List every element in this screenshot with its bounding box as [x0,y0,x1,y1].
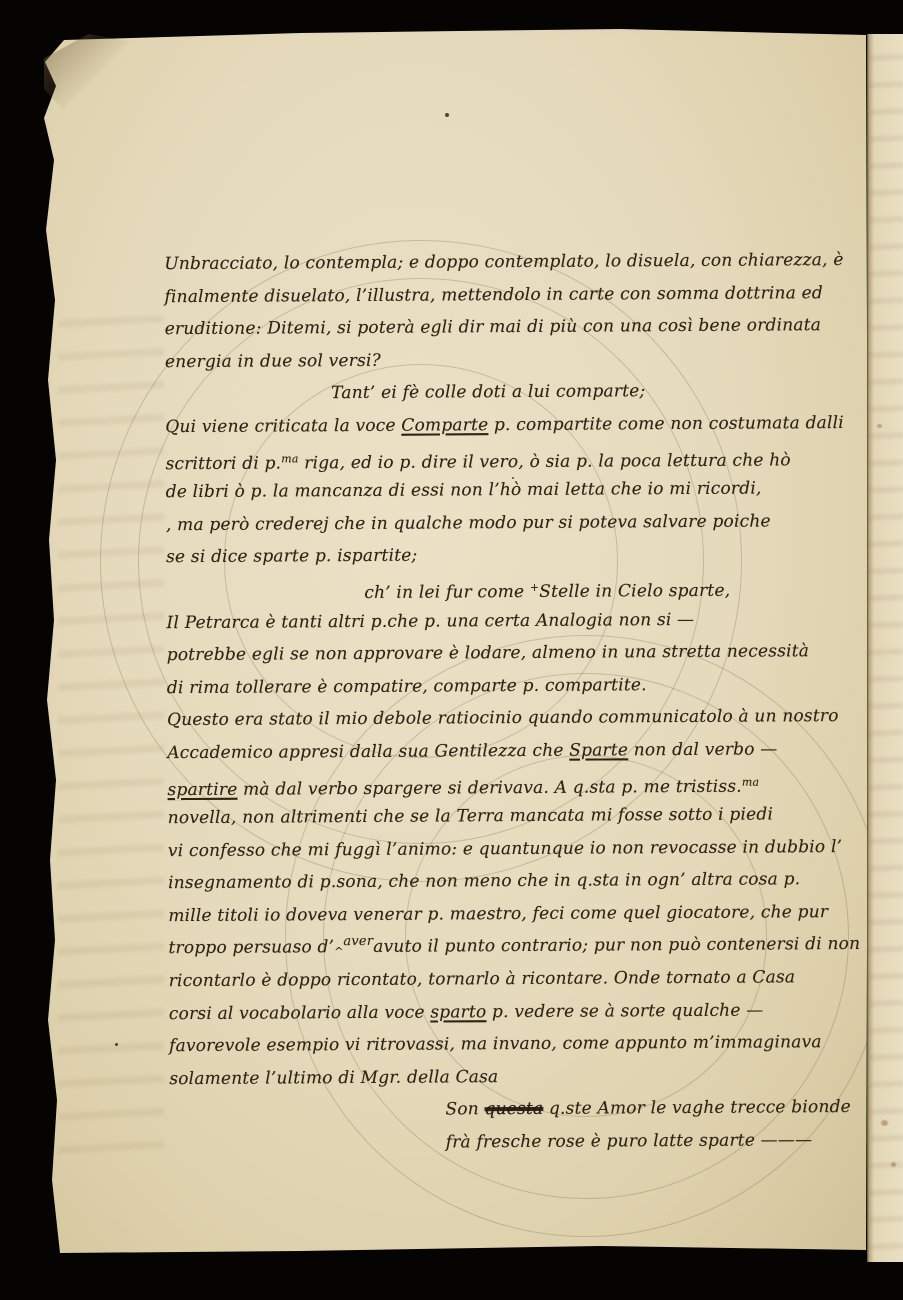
ink-speck [115,1043,118,1046]
ink-speck [445,113,449,117]
text-segment: finalmente disuelato, l’illustra, metten… [164,283,823,307]
fox-spot [891,1162,896,1167]
manuscript-line: Il Petrarca è tanti altri p.che p. una c… [166,602,866,639]
superscript-abbreviation: ma [742,775,759,788]
text-segment: troppo persuaso d’ [168,938,334,959]
text-segment: p. vedere se à sorte qualche — [486,1000,763,1022]
text-segment: riga, ed io p. dire il vero, ò sia p. la… [299,450,791,473]
manuscript-line: favorevole esempio vi ritrovassi, ma inv… [169,1026,869,1063]
manuscript-line: insegnamento di p.sona, che non meno che… [168,863,868,900]
manuscript-line: Accademico appresi dalla sua Gentilezza … [167,733,867,770]
text-segment: ricontarlo è doppo ricontato, tornarlo à… [169,967,796,991]
text-segment: mille titoli io doveva venerar p. maestr… [168,902,828,926]
manuscript-line: spartire mà dal verbo spargere si deriva… [167,765,867,802]
text-segment: Son [445,1100,484,1120]
fox-spot [877,424,882,428]
text-segment: potrebbe egli se non approvare è lodare,… [167,641,810,665]
text-segment: corsi al vocabolario alla voce [169,1002,431,1024]
struck-word: questa [484,1099,543,1119]
text-segment: Questo era stato il mio debole ratiocini… [167,706,839,730]
text-segment: eruditione: Ditemi, si poterà egli dir m… [165,315,822,339]
manuscript-line: novella, non altrimenti che se la Terra … [168,798,868,835]
text-segment: Unbracciato, lo contempla; e doppo conte… [164,250,843,274]
text-segment: mà dal verbo spargere si derivava. A q.s… [237,776,741,799]
fox-spot [881,1120,888,1126]
underlined-word: spartire [167,779,237,799]
manuscript-line: troppo persuaso d’^averavuto il punto co… [168,928,868,965]
next-folio-bleedthrough [867,34,903,1262]
text-segment: di rima tollerare è compatire, comparte … [167,675,647,698]
manuscript-line: , ma però crederej che in qualche modo p… [166,505,866,542]
manuscript-line: frà fresche rose è puro latte sparte ——— [446,1124,870,1159]
manuscript-line: ricontarlo è doppo ricontato, tornarlo à… [169,961,869,998]
manuscript-line: Tant’ ei fè colle doti a lui comparte; [331,374,865,410]
text-segment: novella, non altrimenti che se la Terra … [168,805,773,829]
text-segment: Tant’ ei fè colle doti a lui comparte; [331,382,645,404]
ink-speck [512,477,514,479]
text-segment: frà fresche rose è puro latte sparte ——— [446,1130,813,1152]
next-folio-edge [867,34,903,1262]
text-segment: q.ste Amor le vaghe trecce bionde [543,1097,851,1119]
text-segment: Il Petrarca è tanti altri p.che p. una c… [166,609,694,632]
manuscript-line: se si dice sparte p. ispartite; [166,537,866,574]
text-segment: Qui viene criticata la voce [165,416,401,437]
insertion-caret-icon: ^ [334,946,343,959]
underlined-word: Comparte [401,415,488,436]
text-segment: p. compartite come non costumata dalli [488,413,844,435]
text-segment: non dal verbo — [628,739,777,760]
manuscript-line: di rima tollerare è compatire, comparte … [167,668,867,705]
underlined-word: sparto [430,1002,486,1022]
manuscript-line: ch’ in lei fur come +Stelle in Cielo spa… [364,570,866,606]
underlined-word: Sparte [569,740,628,760]
manuscript-line: de libri ò p. la mancanza di essi non l’… [166,472,866,509]
manuscript-line: mille titoli io doveva venerar p. maestr… [168,896,868,933]
superscript-abbreviation: ma [281,452,298,465]
manuscript-photo: Unbracciato, lo contempla; e doppo conte… [0,0,903,1300]
manuscript-line: scrittori di p.ma riga, ed io p. dire il… [165,439,865,476]
text-segment: vi confesso che mi fuggì l’animo: e quan… [168,837,842,861]
text-segment: de libri ò p. la mancanza di essi non l’… [166,479,762,503]
text-segment: se si dice sparte p. ispartite; [166,546,417,568]
text-segment: scrittori di p. [165,453,281,474]
text-segment: solamente l’ultimo di Mgr. della Casa [169,1067,498,1089]
manuscript-line: solamente l’ultimo di Mgr. della Casa [169,1059,869,1096]
text-segment: insegnamento di p.sona, che non meno che… [168,870,800,894]
text-segment: favorevole esempio vi ritrovassi, ma inv… [169,1032,822,1056]
superscript-abbreviation: + [530,581,540,594]
text-segment: Stelle in Cielo sparte, [539,581,730,602]
manuscript-line: corsi al vocabolario alla voce sparto p.… [169,994,869,1031]
manuscript-line: finalmente disuelato, l’illustra, metten… [164,276,864,313]
manuscript-line: Son questa q.ste Amor le vaghe trecce bi… [445,1091,869,1126]
inserted-word: aver [343,934,373,949]
manuscript-line: Unbracciato, lo contempla; e doppo conte… [164,244,864,281]
manuscript-line: potrebbe egli se non approvare è lodare,… [167,635,867,672]
text-segment: avuto il punto contrario; pur non può co… [373,934,860,957]
manuscript-line: vi confesso che mi fuggì l’animo: e quan… [168,831,868,868]
manuscript-line: Questo era stato il mio debole ratiocini… [167,700,867,737]
manuscript-line: Qui viene criticata la voce Comparte p. … [165,407,865,444]
text-segment: Accademico appresi dalla sua Gentilezza … [167,741,569,763]
text-segment: energia in due sol versi? [165,351,381,372]
text-segment: , ma però crederej che in qualche modo p… [166,511,771,535]
manuscript-line: energia in due sol versi? [165,342,865,379]
text-segment: ch’ in lei fur come [364,582,530,603]
manuscript-line: eruditione: Ditemi, si poterà egli dir m… [165,309,865,346]
manuscript-text-block: Unbracciato, lo contempla; e doppo conte… [164,244,870,1161]
